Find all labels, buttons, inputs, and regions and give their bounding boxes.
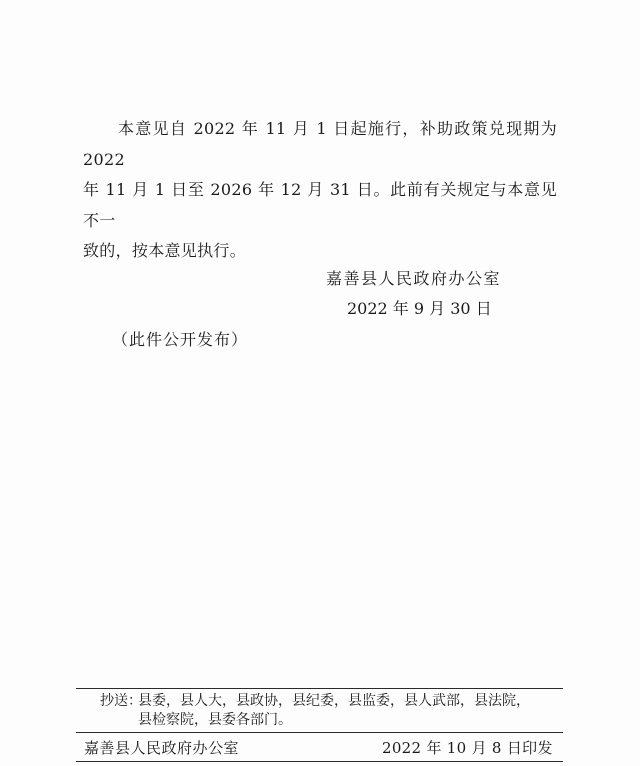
- cc-recipients: 抄送：县委，县人大，县政协，县纪委，县监委，县人武部，县法院， 县检察院，县委各…: [100, 692, 530, 730]
- cc-label: 抄送：: [100, 692, 138, 711]
- print-date: 2022 年 10 月 8 日印发: [382, 737, 553, 758]
- body-line-1: 本意见自 2022 年 11 月 1 日起施行，补助政策兑现期为 2022: [83, 114, 557, 175]
- document-page: 本意见自 2022 年 11 月 1 日起施行，补助政策兑现期为 2022 年 …: [0, 0, 640, 766]
- signature-date: 2022 年 9 月 30 日: [347, 296, 492, 319]
- body-line-2: 年 11 月 1 日至 2026 年 12 月 31 日。此前有关规定与本意见不…: [83, 175, 557, 236]
- body-line-3: 致的，按本意见执行。: [83, 236, 557, 267]
- body-paragraph: 本意见自 2022 年 11 月 1 日起施行，补助政策兑现期为 2022 年 …: [83, 114, 557, 267]
- footer-divider-top: [76, 688, 563, 689]
- signature-organization: 嘉善县人民政府办公室: [326, 266, 501, 289]
- public-release-note: （此件公开发布）: [112, 327, 248, 350]
- footer-divider-middle: [76, 732, 563, 733]
- cc-recipients-line-1: 县委，县人大，县政协，县纪委，县监委，县人武部，县法院，: [138, 693, 530, 709]
- issuing-office: 嘉善县人民政府办公室: [84, 737, 239, 758]
- body-line-1-text: 本意见自 2022 年 11 月 1 日起施行，补助政策兑现期为 2022: [83, 119, 557, 169]
- footer-divider-bottom: [76, 761, 563, 762]
- cc-line-1: 抄送：县委，县人大，县政协，县纪委，县监委，县人武部，县法院，: [100, 692, 530, 711]
- cc-recipients-line-2: 县检察院，县委各部门。: [100, 711, 530, 730]
